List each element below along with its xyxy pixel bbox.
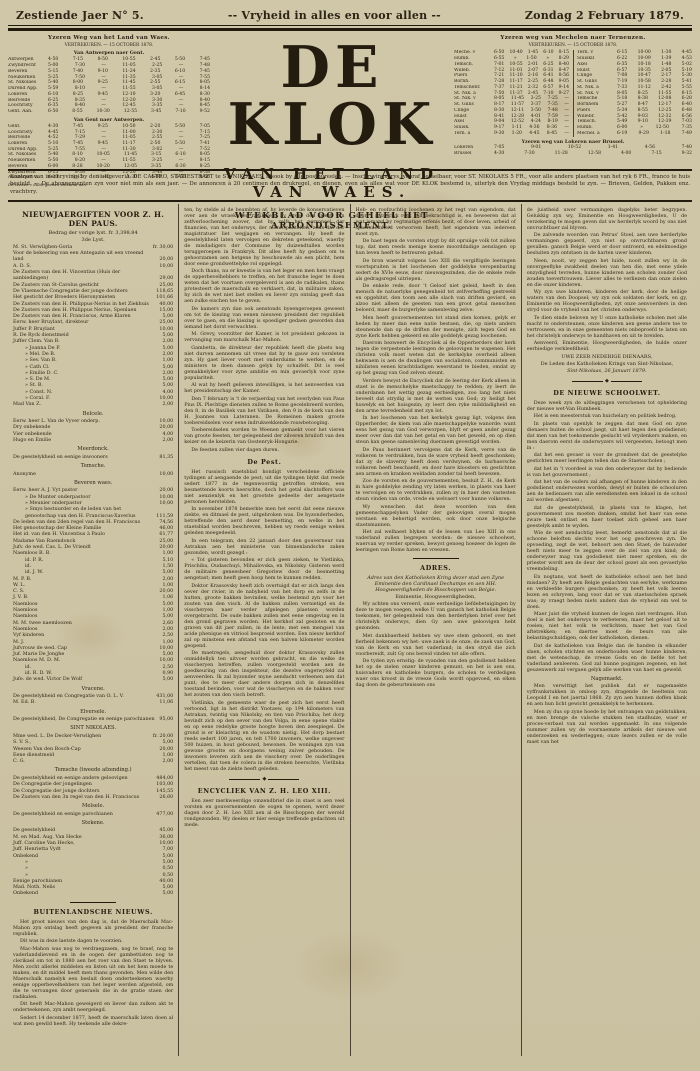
donation-amount: 10,00 bbox=[159, 471, 173, 477]
timetable-mechelen-title: Yzeren weg van Mechelen naer Terneuzen. bbox=[454, 35, 692, 42]
time-value: 7-10 bbox=[175, 109, 185, 115]
section-subheading: Stekene. bbox=[13, 820, 173, 826]
column-3: Heb- en roofzuchtig loochenen zy het reg… bbox=[351, 204, 522, 1056]
time-value: 1-20 bbox=[512, 131, 522, 137]
timetable-section-title: Van Antwerpen naer Gent. bbox=[8, 50, 210, 56]
paragraph: Het russisch staetsblad kondigt verschei… bbox=[184, 469, 344, 505]
paragraph: Wy achten ons vereerd, onze eerbiedige l… bbox=[356, 601, 516, 631]
paragraph: Al wat hy heeft gelieven intewilligen, i… bbox=[184, 382, 344, 394]
donation-row: De geestelykheid, De Congregatie en eeni… bbox=[13, 716, 173, 722]
paragraph: Toebereidselen worden te Weenen gemaekt … bbox=[184, 427, 344, 445]
departure-times: 6-199-291-187-49 bbox=[617, 131, 692, 137]
time-value: — bbox=[564, 131, 569, 137]
paragraph: Dit was in deze laetste dagen te voorzie… bbox=[13, 938, 173, 944]
time-value: 4-30 bbox=[494, 151, 504, 157]
donor-label: Voor de bekeering van een Antegazin uit … bbox=[13, 250, 155, 263]
donor-label: Mad Van Z. bbox=[13, 401, 158, 407]
donation-row: De Zusters van den H. Vincentius (Huis d… bbox=[13, 269, 173, 282]
section-subheading: Temsche (tweede afzending.) bbox=[13, 767, 173, 773]
timetable-waes-title: Yzeren Weg van het Land van Waes. bbox=[8, 35, 210, 42]
paragraph: Men zy dus op zyne hoede by het ontvange… bbox=[527, 709, 687, 745]
donation-row: De geestelykheid en eenige inwooners81,3… bbox=[13, 454, 173, 460]
article-columns: NIEUWJAERGIFTEN VOOR Z. H. DEN PAUS.Bedr… bbox=[0, 202, 700, 1056]
time-value: 8-55 bbox=[72, 109, 82, 115]
paragraph: Mac-Mahon was nog te verdraegzaem, nog t… bbox=[13, 946, 173, 1000]
timetable-section-title: Van Gent naer Antwerpen. bbox=[8, 117, 210, 123]
section-subheading: Meerdonck. bbox=[13, 446, 173, 452]
section-subheading: Melsele. bbox=[13, 803, 173, 809]
donation-row: Mad Van Z.2,00 bbox=[13, 401, 173, 407]
paragraph: De zalvende woorden van Petrus' Stoel, a… bbox=[527, 232, 687, 256]
article-heading: ENCYCLIEK VAN Z. H. LEO XIII. bbox=[184, 787, 344, 795]
time-value: 7-49 bbox=[682, 131, 692, 137]
donor-label: De geestelykheid en eenige inwooners bbox=[13, 454, 155, 460]
paragraph: Sedert 14 december 1877, heeft de maersc… bbox=[13, 1015, 173, 1027]
station-name: Tern. a bbox=[454, 131, 494, 137]
timetable-row: Brussel4-307-3011-2812-584-007-159-32 bbox=[454, 151, 692, 157]
time-value: 6-19 bbox=[617, 131, 627, 137]
issue-label: Zestiende Jaer N° 5. bbox=[16, 9, 144, 22]
paragraph: Doch thans, nu er kwestie is van het leg… bbox=[184, 268, 344, 304]
donor-label: » Smys bestuurder en de leden van het ge… bbox=[13, 506, 152, 519]
paragraph: Men heeft gouvernementen tot stand zien … bbox=[356, 315, 516, 339]
paragraph: Daerom bezweert de Encycliek al de Opper… bbox=[356, 340, 516, 376]
timetable-row: Mechel. a6-199-291-187-49 bbox=[577, 131, 692, 137]
centered-line: Eminentie, Hoogweerdigheden, bbox=[356, 594, 516, 600]
section-subheading: Belcele. bbox=[13, 411, 173, 417]
paragraph: De tyden zyn ernstig: de vyanden van den… bbox=[356, 658, 516, 688]
paragraph: In een telegram, den 22 januari door den… bbox=[184, 538, 344, 556]
paragraph: Neen, nooit, wy zeggen het luide, nooit … bbox=[527, 258, 687, 288]
donation-amount: 95,00 bbox=[159, 716, 173, 722]
donation-amount: fr. 30,00 bbox=[153, 244, 174, 250]
time-value: 1-18 bbox=[660, 131, 670, 137]
timetable-mechelen-subtitle: VERTREKUREN. — 15 OCTOBER 1878. bbox=[454, 43, 692, 49]
donation-amount: 2,00 bbox=[162, 758, 173, 764]
paragraph: In plaets van openlyk te zeggen dat men … bbox=[527, 421, 687, 451]
paragraph: De maetregels, aengeduid door doktor Kra… bbox=[184, 650, 344, 698]
paragraph: De feesten zullen vier dagen duren. bbox=[184, 447, 344, 453]
donation-row: M. Ed. B.11,06 bbox=[13, 699, 173, 705]
section-subheading: SINT NIKOLAES. bbox=[13, 725, 173, 731]
donor-label: Anonyme bbox=[13, 471, 155, 477]
date-label: Zondag 2 February 1879. bbox=[525, 9, 684, 22]
time-value: 7-30 bbox=[524, 151, 534, 157]
newspaper-title: DE KLOK bbox=[210, 39, 454, 153]
paragraph: Te dien einde beloven wy U onze katholie… bbox=[527, 315, 687, 339]
divider-ornament: ◆ bbox=[229, 777, 299, 782]
paragraph: De haet tegen de vorsten stygt by dit op… bbox=[356, 238, 516, 256]
station-name: Brussel bbox=[454, 151, 494, 157]
timetable-waes-subtitle: VERTREKUREN. — 15 OCTOBER 1878. bbox=[8, 43, 210, 49]
paragraph: En nogtans, wat heeft de katholieke scho… bbox=[527, 574, 687, 610]
time-value: 4-45 bbox=[529, 131, 539, 137]
article-heading: BUITENLANDSCHE NIEUWS. bbox=[13, 908, 173, 916]
paragraph: dat de geestelykheid, in plaets van te k… bbox=[527, 505, 687, 529]
ornament-bar bbox=[611, 381, 642, 382]
time-value: 10-30 bbox=[97, 109, 110, 115]
timetable-row: Tern. a9-301-204-458-45— bbox=[454, 131, 569, 137]
section-subheading: Beveren waes. bbox=[13, 480, 173, 486]
paragraph: De enkele rede, door 't Geloof niet gele… bbox=[356, 283, 516, 313]
article-heading: NIEUWJAERGIFTEN VOOR Z. H. DEN PAUS. bbox=[13, 210, 173, 228]
donation-row: Onbekend5,00 bbox=[13, 890, 173, 896]
page-header: Zestiende Jaer N° 5. -- Vryheid in alles… bbox=[0, 0, 700, 25]
donor-label: De geestelykheid, De Congregatie en eeni… bbox=[13, 716, 155, 722]
article-heading: ADRES. bbox=[356, 564, 516, 572]
time-value: 9-29 bbox=[639, 131, 649, 137]
divider-rule bbox=[70, 902, 116, 903]
centered-line: 3de Lyst. bbox=[13, 237, 173, 243]
time-value: 7-15 bbox=[651, 151, 661, 157]
paragraph: Dit heeft Mac-Mahon geweigerd en liever … bbox=[13, 1001, 173, 1013]
paragraph: Den 7 february is 't de verjaerdag van h… bbox=[184, 396, 344, 426]
donor-label: De Zusters van den H. Vincentius (Huis d… bbox=[13, 269, 155, 282]
departure-times: 9-301-204-458-45— bbox=[494, 131, 569, 137]
paragraph: dat het in 't voordeel is van den onderw… bbox=[527, 466, 687, 478]
donor-label: M. Ed. B. bbox=[13, 699, 155, 705]
departure-times: 6-508-5510-3012-553-457-109-52 bbox=[48, 109, 210, 115]
paragraph: Deze week zyn de uitleggingen verschenen… bbox=[527, 400, 687, 412]
paragraph: In het loochenen van het kerkelyk gezag … bbox=[356, 415, 516, 445]
timetable-waes: Yzeren Weg van het Land van Waes. VERTRE… bbox=[8, 35, 210, 167]
paragraph: Dat de katholieken van Belgie dan de han… bbox=[527, 643, 687, 673]
paragraph: Het is een meesterstuk van huichelary en… bbox=[527, 413, 687, 419]
donor-label: Hugo en Emilie bbox=[13, 437, 158, 443]
centered-italic-line: Adres van den Katholieken Kring dezer st… bbox=[356, 575, 516, 593]
paragraph: dat het van de ouders zal afhangen of hu… bbox=[527, 479, 687, 503]
time-value: 9-30 bbox=[494, 131, 504, 137]
article-heading: De Pest. bbox=[184, 458, 344, 466]
donor-label: Onbekend bbox=[13, 890, 158, 896]
station-name: Mechel. a bbox=[577, 131, 617, 137]
centered-line: UWE ZEER NEDERIGE DIENAARS, bbox=[527, 354, 687, 360]
paragraph: In november 1878 bemerkte men het eerst … bbox=[184, 506, 344, 536]
paragraph: De bron waeruit volgens Leo XIII die ver… bbox=[356, 258, 516, 282]
divider-ornament: ◆ bbox=[572, 379, 642, 384]
column-2: ten, hy stelde al de beambten af, hy lev… bbox=[179, 204, 350, 1056]
masthead: DE KLOK VAN HET LAND VAN WAES. WEEKBLAD … bbox=[210, 35, 454, 167]
time-value: 8-45 bbox=[547, 131, 557, 137]
timetable-row: Gent. Aan.6-508-5510-3012-553-457-109-52 bbox=[8, 109, 210, 115]
donation-row: Hugo en Emilie2,00 bbox=[13, 437, 173, 443]
donation-amount: 477,00 bbox=[156, 811, 173, 817]
centered-line: De Leden des Katholieken Krings van Sint… bbox=[527, 361, 687, 367]
donor-label: De Zusters van den 3n regel van den H. F… bbox=[13, 794, 155, 800]
donation-amount: 10,00 bbox=[159, 500, 173, 506]
paragraph: Wie de wet aendachtig leest, bemerkt aen… bbox=[527, 530, 687, 572]
ornament-bar bbox=[572, 381, 603, 382]
article-heading: DE NIEUWE SCHOOLWET. bbox=[527, 389, 687, 397]
donation-amount: 10,00 bbox=[159, 263, 173, 269]
paragraph: Het zal welhaest blyken of de lessen van… bbox=[356, 529, 516, 553]
donation-row: De Zusters van den 3n regel van den H. F… bbox=[13, 794, 173, 800]
column-1: NIEUWJAERGIFTEN VOOR Z. H. DEN PAUS.Bedr… bbox=[8, 204, 179, 1056]
station-name: Gent. Aan. bbox=[8, 109, 48, 115]
donation-row: Jufe. de wed. Victor De Wolf5,00 bbox=[13, 676, 173, 682]
donation-amount: 5,00 bbox=[162, 890, 173, 896]
paragraph: De Paus herinnert vervolgens dat de Kerk… bbox=[356, 447, 516, 477]
divider-rule bbox=[413, 558, 459, 559]
time-value: 9-52 bbox=[200, 109, 210, 115]
time-value: 3-45 bbox=[151, 109, 161, 115]
donation-amount: 2,00 bbox=[162, 401, 173, 407]
section-subheading: Elversele. bbox=[13, 709, 173, 715]
donor-label: Jufe. de wed. Victor De Wolf bbox=[13, 676, 158, 682]
paragraph: Maer juist die vryheid kunnen de logen n… bbox=[527, 611, 687, 641]
donation-row: C. G.2,00 bbox=[13, 758, 173, 764]
centered-italic-line: Sint-Nikolaas, 26 Januari 1879. bbox=[527, 368, 687, 374]
paragraph: Het groot nieuws van den dag is, dat de … bbox=[13, 919, 173, 937]
paragraph: Vietlinka, de gemeente waer de pest zich… bbox=[184, 700, 344, 772]
paragraph: Wy wenschen dat deze woorden van den gem… bbox=[356, 504, 516, 528]
paragraph-continuation: Heb- en roofzuchtig loochenen zy het reg… bbox=[356, 207, 516, 237]
paragraph-continuation: ten, hy stelde al de beambten af, hy lev… bbox=[184, 207, 344, 267]
paragraph: Met dankbaerheid hebben wy uwe stem geho… bbox=[356, 633, 516, 657]
donation-amount: 11,06 bbox=[159, 699, 173, 705]
paragraph: De kamers zyn dan ook aenstonds byeenger… bbox=[184, 306, 344, 330]
paragraph: Zoo de vorsten en de gouvernementen, bes… bbox=[356, 478, 516, 502]
departure-times: 4-307-3011-2812-584-007-159-32 bbox=[494, 151, 692, 157]
timetable-mechelen: Yzeren weg van Mechelen naer Terneuzen. … bbox=[454, 35, 692, 167]
paragraph: Men verwittigt het publiek dat er nagema… bbox=[527, 683, 687, 707]
time-value: 4-00 bbox=[621, 151, 631, 157]
ornament-bar bbox=[268, 779, 299, 780]
ornament-diamond: ◆ bbox=[260, 777, 268, 782]
timetable-brussel-title: Yzeren weg van Lokeren naer Brussel. bbox=[454, 139, 692, 145]
time-value: 12-58 bbox=[588, 151, 601, 157]
time-value: 9-32 bbox=[682, 151, 692, 157]
time-value: 11-28 bbox=[555, 151, 568, 157]
section-subheading: Temsche. bbox=[13, 463, 173, 469]
paragraph: dat het een gevaer is voor de grondwet d… bbox=[527, 452, 687, 464]
paragraph: « Tot gisteren bevonden er zich geen zie… bbox=[184, 557, 344, 581]
donor-label: De geestelykheid en eenige parochianen bbox=[13, 811, 152, 817]
ornament-diamond: ◆ bbox=[603, 379, 611, 384]
donation-row: Anonyme10,00 bbox=[13, 471, 173, 477]
time-value: 12-55 bbox=[124, 109, 137, 115]
paragraph: Aenveerd, Eminentie, Hoogweerdigheden, d… bbox=[527, 340, 687, 352]
section-subheading: Vracene. bbox=[13, 686, 173, 692]
donation-amount: 26,60 bbox=[159, 794, 173, 800]
newspaper-page: Zestiende Jaer N° 5. -- Vryheid in alles… bbox=[0, 0, 700, 1071]
time-value: 6-50 bbox=[48, 109, 58, 115]
paragraph: M. Grevy, voorzitter der Kamer, is tot p… bbox=[184, 331, 344, 343]
donor-label: C. G. bbox=[13, 758, 158, 764]
paragraph: Wy zyn uwe kinderen, kinderen der kerk, … bbox=[527, 289, 687, 313]
donation-row: » Smys bestuurder en de leden van het ge… bbox=[13, 506, 173, 519]
donation-row: Voor de bekeering van een Antegazin uit … bbox=[13, 250, 173, 263]
paragraph: Een zeer merkweerdige omzendbrief die in… bbox=[184, 798, 344, 828]
donation-amount: 81,35 bbox=[159, 454, 173, 460]
top-section: Yzeren Weg van het Land van Waes. VERTRE… bbox=[0, 31, 700, 167]
donation-amount: 2,00 bbox=[162, 437, 173, 443]
ornament-bar bbox=[229, 779, 260, 780]
section-subheading: Nagemaekt. bbox=[527, 676, 687, 682]
column-4: de juistheid uwer vermaningen dagelyks b… bbox=[522, 204, 692, 1056]
paragraph: Gambetta, de direkteur der republiek hee… bbox=[184, 345, 344, 381]
paragraph-continuation: de juistheid uwer vermaningen dagelyks b… bbox=[527, 207, 687, 231]
paragraph: Verders bewyst de Encycliek dat de leeri… bbox=[356, 378, 516, 414]
donation-row: De geestelykheid en eenige parochianen47… bbox=[13, 811, 173, 817]
donation-amount: 5,00 bbox=[162, 676, 173, 682]
motto-label: -- Vryheid in alles en voor allen -- bbox=[228, 9, 441, 22]
paragraph: Doktor Krassovsky heeft zich overtuigd d… bbox=[184, 583, 344, 649]
centered-line: Bedrag der vorige lyst. fr. 3,398.84 bbox=[13, 230, 173, 236]
